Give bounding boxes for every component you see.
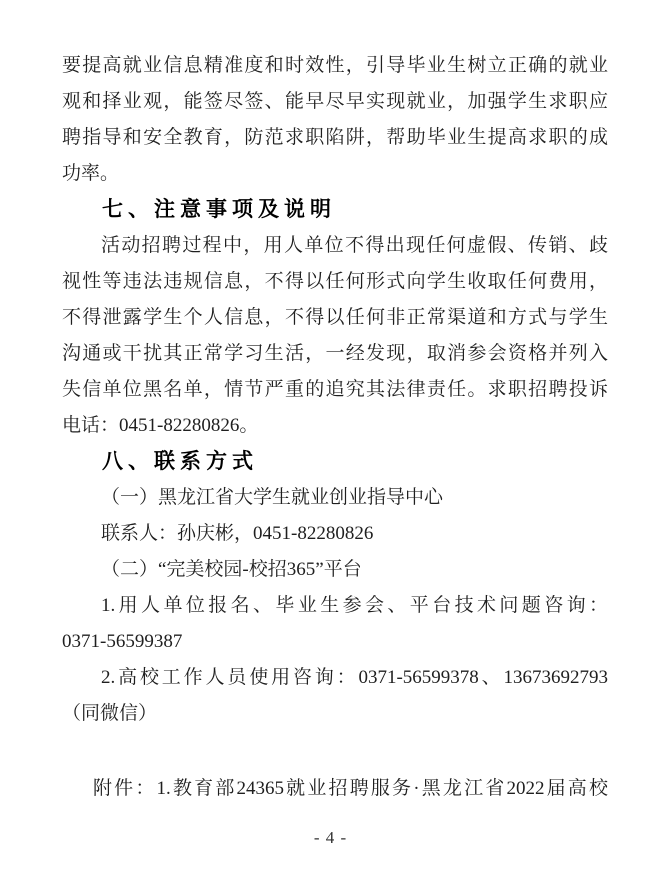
document-page: 要提高就业信息精准度和时效性，引导毕业生树立正确的就业 观和择业观，能签尽签、能… <box>0 0 661 869</box>
complaint-phone-line: 电话：0451-82280826。 <box>62 408 608 444</box>
paragraph-line: 视性等违法违规信息，不得以任何形式向学生收取任何费用， <box>62 264 608 300</box>
paragraph-line: 不得泄露学生个人信息，不得以任何非正常渠道和方式与学生 <box>62 300 608 336</box>
contact-platform-line: （二）“完美校园-校招365”平台 <box>62 552 608 588</box>
contact-org-line: （一）黑龙江省大学生就业创业指导中心 <box>62 480 608 516</box>
page-number: - 4 - <box>0 828 661 848</box>
paragraph-line: 失信单位黑名单，情节严重的追究其法律责任。求职招聘投诉 <box>62 372 608 408</box>
paragraph-line: 活动招聘过程中，用人单位不得出现任何虚假、传销、歧 <box>62 228 608 264</box>
attachment-line: 附件：1.教育部24365就业招聘服务·黑龙江省2022届高校 <box>62 771 608 807</box>
paragraph-line: 沟通或干扰其正常学习生活，一经发现，取消参会资格并列入 <box>62 336 608 372</box>
paragraph-line: 功率。 <box>62 156 608 192</box>
platform-support-phone: 0371-56599387 <box>62 624 608 660</box>
paragraph-line: 观和择业观，能签尽签、能早尽早实现就业，加强学生求职应 <box>62 84 608 120</box>
staff-support-wechat: （同微信） <box>62 696 608 732</box>
paragraph-line: 要提高就业信息精准度和时效性，引导毕业生树立正确的就业 <box>62 48 608 84</box>
staff-support-line: 2.高校工作人员使用咨询：0371-56599378、13673692793 <box>62 660 608 696</box>
platform-support-line: 1.用人单位报名、毕业生参会、平台技术问题咨询： <box>62 588 608 624</box>
section-heading-notes: 七、注意事项及说明 <box>62 192 608 228</box>
section-heading-contacts: 八、联系方式 <box>62 444 608 480</box>
document-body: 要提高就业信息精准度和时效性，引导毕业生树立正确的就业 观和择业观，能签尽签、能… <box>62 48 608 807</box>
paragraph-line: 聘指导和安全教育，防范求职陷阱，帮助毕业生提高求职的成 <box>62 120 608 156</box>
contact-person-line: 联系人：孙庆彬，0451-82280826 <box>62 516 608 552</box>
